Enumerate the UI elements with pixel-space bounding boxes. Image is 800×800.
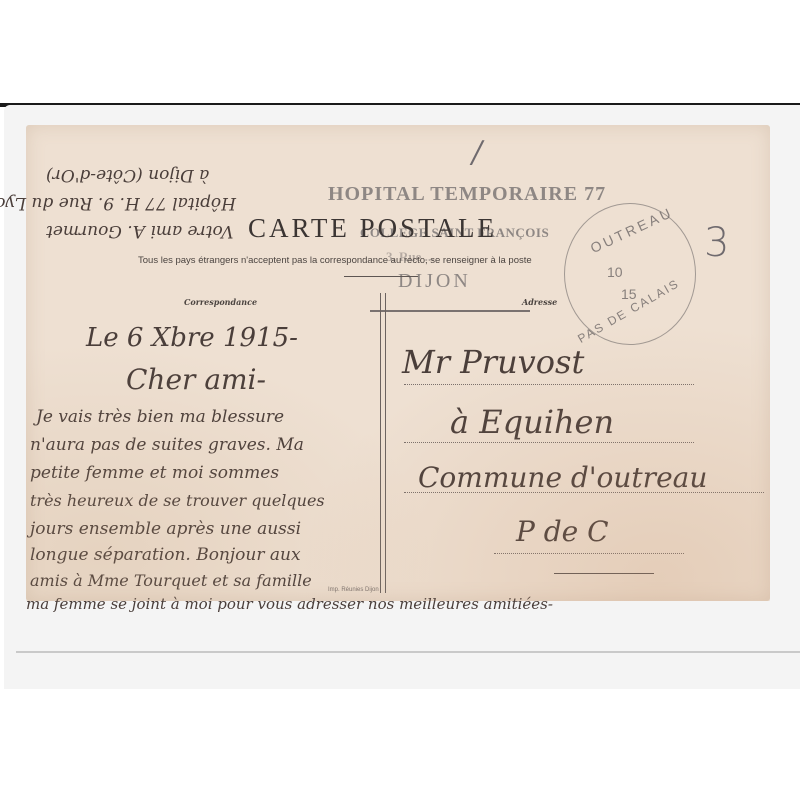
message-line: longue séparation. Bonjour aux bbox=[30, 545, 301, 565]
sleeve-edge bbox=[16, 651, 800, 653]
upside-note-line: Hôpital 77 H. 9. Rue du Lycée bbox=[46, 189, 236, 217]
message-line: jours ensemble après une aussi bbox=[30, 519, 301, 539]
address-department: P de C bbox=[516, 515, 609, 548]
pencil-number: 3 bbox=[704, 220, 729, 266]
address-line-1 bbox=[404, 384, 694, 385]
address-commune: Commune d'outreau bbox=[418, 461, 707, 494]
message-line: amis à Mme Tourquet et sa famille bbox=[30, 571, 312, 590]
center-divider bbox=[380, 293, 386, 593]
pencil-tick: / bbox=[472, 135, 482, 170]
address-strike-rule bbox=[370, 310, 530, 312]
postmark: OUTREAU 10 15 PAS DE CALAIS bbox=[564, 203, 696, 345]
message-line: petite femme et moi sommes bbox=[30, 463, 279, 483]
postmark-town: OUTREAU bbox=[588, 204, 676, 256]
address-name: Mr Pruvost bbox=[402, 343, 584, 381]
postcard-title: CARTE POSTALE bbox=[248, 213, 497, 244]
address-line-2 bbox=[404, 442, 694, 443]
hospital-stamp-dijon: DIJON bbox=[398, 270, 471, 293]
upside-note-line: à Dijon (Côte-d'Or) bbox=[46, 161, 236, 189]
header-rule bbox=[344, 276, 418, 277]
address-town: à Equihen bbox=[450, 403, 614, 441]
postmark-day: 10 bbox=[607, 264, 623, 280]
printer-imprint: Imp. Réunies Dijon bbox=[328, 587, 379, 593]
message-date: Le 6 Xbre 1915- bbox=[86, 323, 298, 353]
address-line-4 bbox=[494, 553, 684, 554]
correspondence-label: Correspondance bbox=[184, 297, 257, 307]
upside-note-line: Votre ami A. Gourmet bbox=[46, 217, 236, 245]
upside-down-note: Votre ami A. Gourmet Hôpital 77 H. 9. Ru… bbox=[46, 161, 236, 245]
message-line: très heureux de se trouver quelques bbox=[30, 491, 325, 510]
address-end-rule bbox=[554, 573, 654, 574]
message-greeting: Cher ami- bbox=[126, 363, 266, 396]
message-line: Je vais très bien ma blessure bbox=[36, 407, 284, 427]
message-line: n'aura pas de suites graves. Ma bbox=[30, 435, 304, 455]
address-label: Adresse bbox=[522, 297, 557, 307]
postcard-subtitle: Tous les pays étrangers n'acceptent pas … bbox=[138, 255, 532, 266]
message-line: ma femme se joint à moi pour vous adress… bbox=[26, 595, 553, 613]
postcard-back: Votre ami A. Gourmet Hôpital 77 H. 9. Ru… bbox=[26, 125, 770, 601]
hospital-stamp-line1: HOPITAL TEMPORAIRE 77 bbox=[328, 183, 606, 206]
